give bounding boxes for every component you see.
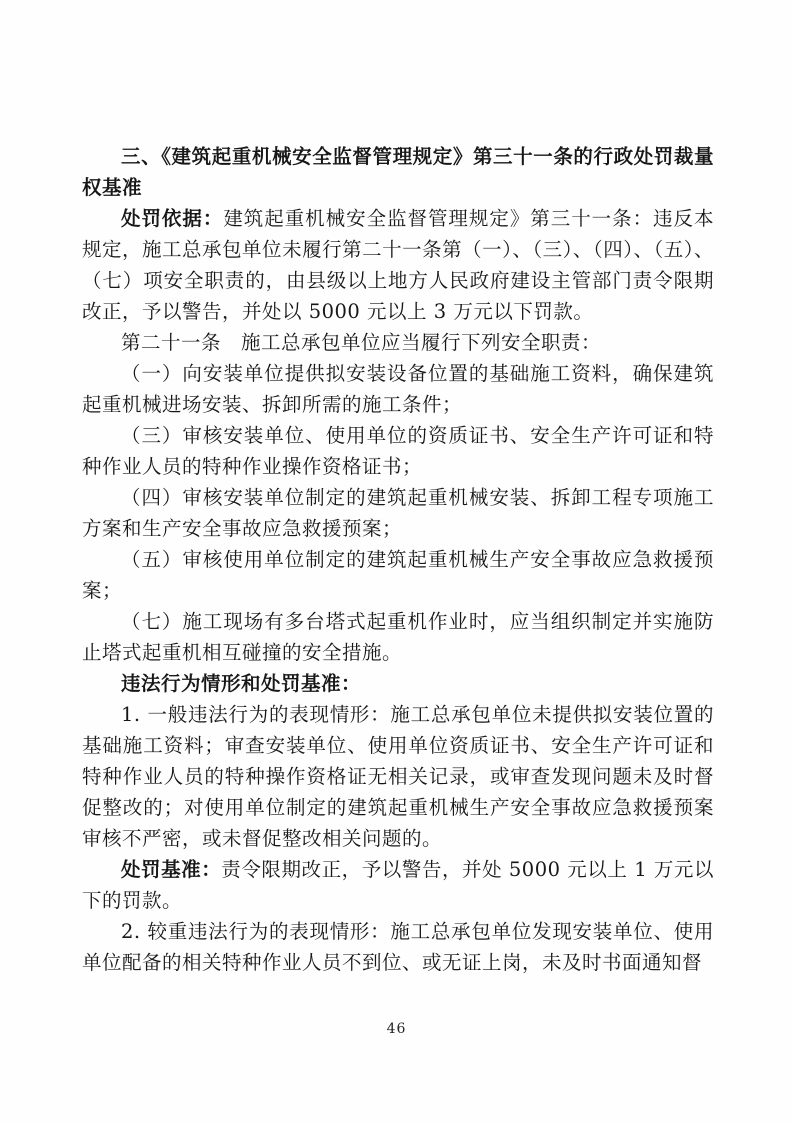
paragraph-item-1: （一）向安装单位提供拟安装设备位置的基础施工资料，确保建筑起重机械进场安装、拆卸… — [82, 358, 714, 420]
paragraph-serious-violation: 2. 较重违法行为的表现情形：施工总承包单位发现安装单位、使用单位配备的相关特种… — [82, 916, 714, 978]
paragraph-item-3: （三）审核安装单位、使用单位的资质证书、安全生产许可证和特种作业人员的特种作业操… — [82, 420, 714, 482]
document-body: 三、《建筑起重机械安全监督管理规定》第三十一条的行政处罚裁量权基准 处罚依据：建… — [82, 141, 714, 978]
paragraph-text: （五）审核使用单位制定的建筑起重机械生产安全事故应急救援预案； — [82, 548, 714, 602]
paragraph-lead: 违法行为情形和处罚基准： — [121, 672, 361, 695]
paragraph-penalty-standard: 处罚基准：责令限期改正，予以警告，并处 5000 元以上 1 万元以下的罚款。 — [82, 854, 714, 916]
paragraph-text: （一）向安装单位提供拟安装设备位置的基础施工资料，确保建筑起重机械进场安装、拆卸… — [82, 362, 714, 416]
paragraph-item-4: （四）审核安装单位制定的建筑起重机械安装、拆卸工程专项施工方案和生产安全事故应急… — [82, 482, 714, 544]
paragraph-lead: 处罚依据： — [121, 207, 223, 230]
page-number: 46 — [0, 1021, 793, 1037]
paragraph-text: （七）施工现场有多台塔式起重机作业时，应当组织制定并实施防止塔式起重机相互碰撞的… — [82, 610, 714, 664]
paragraph-penalty-basis: 处罚依据：建筑起重机械安全监督管理规定》第三十一条：违反本规定，施工总承包单位未… — [82, 203, 714, 327]
paragraph-lead: 处罚基准： — [121, 858, 221, 881]
paragraph-article-21: 第二十一条 施工总承包单位应当履行下列安全职责： — [82, 327, 714, 358]
paragraph-item-7: （七）施工现场有多台塔式起重机作业时，应当组织制定并实施防止塔式起重机相互碰撞的… — [82, 606, 714, 668]
section-heading: 三、《建筑起重机械安全监督管理规定》第三十一条的行政处罚裁量权基准 — [82, 141, 714, 203]
document-page: 三、《建筑起重机械安全监督管理规定》第三十一条的行政处罚裁量权基准 处罚依据：建… — [0, 0, 793, 1122]
paragraph-violation-header: 违法行为情形和处罚基准： — [82, 668, 714, 699]
paragraph-text: 2. 较重违法行为的表现情形：施工总承包单位发现安装单位、使用单位配备的相关特种… — [82, 920, 714, 974]
paragraph-text: 1. 一般违法行为的表现情形：施工总承包单位未提供拟安装位置的基础施工资料；审查… — [82, 703, 714, 850]
paragraph-item-5: （五）审核使用单位制定的建筑起重机械生产安全事故应急救援预案； — [82, 544, 714, 606]
paragraph-text: 第二十一条 施工总承包单位应当履行下列安全职责： — [121, 331, 601, 354]
paragraph-text: （三）审核安装单位、使用单位的资质证书、安全生产许可证和特种作业人员的特种作业操… — [82, 424, 714, 478]
paragraph-general-violation: 1. 一般违法行为的表现情形：施工总承包单位未提供拟安装位置的基础施工资料；审查… — [82, 699, 714, 854]
paragraph-text: （四）审核安装单位制定的建筑起重机械安装、拆卸工程专项施工方案和生产安全事故应急… — [82, 486, 714, 540]
